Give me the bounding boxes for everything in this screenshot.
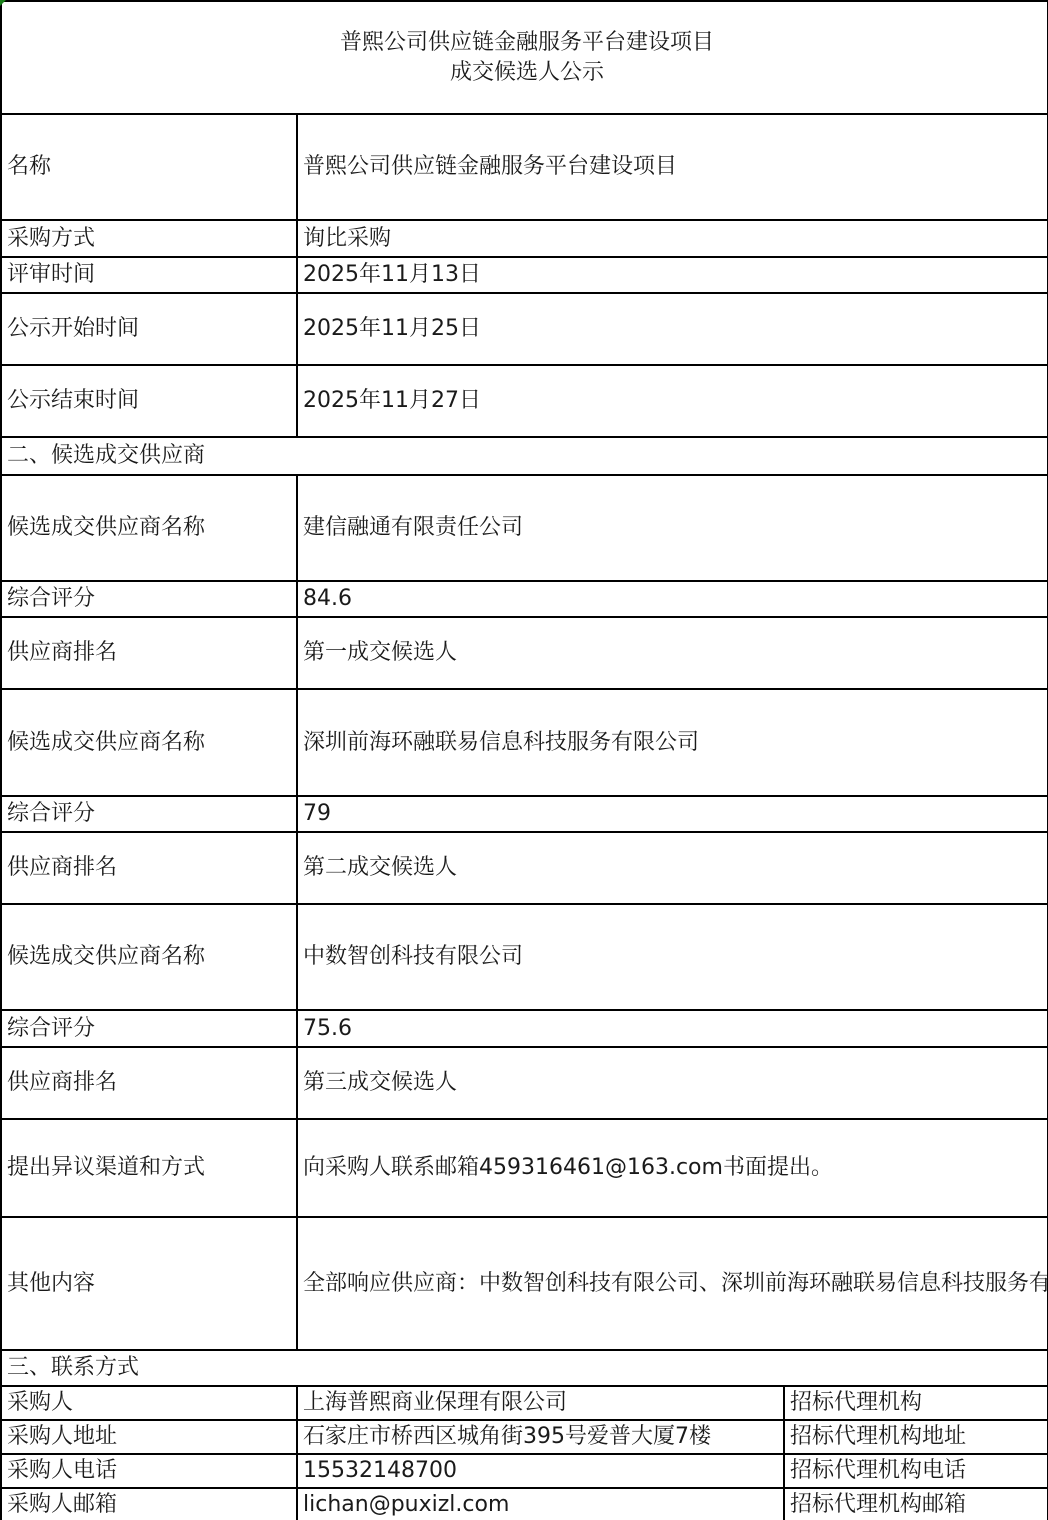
candidate-rank-cell[interactable]: 第一成交候选人	[297, 617, 1048, 689]
label-cell[interactable]: 采购人地址	[1, 1420, 297, 1454]
table-row-review-date: 评审时间 2025年11月13日	[1, 257, 1048, 293]
value-cell[interactable]: 2025年11月25日	[297, 293, 1048, 365]
table-row-purchaser: 采购人 上海普熙商业保理有限公司 招标代理机构	[1, 1386, 1048, 1420]
announcement-sheet: 普熙公司供应链金融服务平台建设项目 成交候选人公示 名称 普熙公司供应链金融服务…	[0, 0, 1048, 1520]
table-row-candidate-name: 候选成交供应商名称 中数智创科技有限公司	[1, 904, 1048, 1010]
table-row-purchaser-phone: 采购人电话 15532148700 招标代理机构电话	[1, 1454, 1048, 1488]
table-row-publicity-end: 公示结束时间 2025年11月27日	[1, 365, 1048, 437]
table-row-candidate-rank: 供应商排名 第二成交候选人	[1, 832, 1048, 904]
label-cell[interactable]: 综合评分	[1, 796, 297, 832]
candidate-score-cell[interactable]: 75.6	[297, 1010, 1048, 1047]
agency-label-cell[interactable]: 招标代理机构电话	[784, 1454, 1048, 1488]
other-content-cell[interactable]: 全部响应供应商：中数智创科技有限公司、深圳前海环融联易信息科技服务有限公司、建信…	[297, 1217, 1048, 1350]
section-heading-contact[interactable]: 三、联系方式	[1, 1350, 1048, 1386]
table-row-objection: 提出异议渠道和方式 向采购人联系邮箱459316461@163.com书面提出。	[1, 1119, 1048, 1217]
label-cell[interactable]: 采购人	[1, 1386, 297, 1420]
value-cell[interactable]: 普熙公司供应链金融服务平台建设项目	[297, 114, 1048, 220]
value-cell[interactable]: 2025年11月27日	[297, 365, 1048, 437]
label-cell[interactable]: 供应商排名	[1, 1047, 297, 1119]
table-row-candidate-rank: 供应商排名 第三成交候选人	[1, 1047, 1048, 1119]
value-cell[interactable]: 石家庄市桥西区城角街395号爱普大厦7楼	[297, 1420, 784, 1454]
table-row-candidate-score: 综合评分 75.6	[1, 1010, 1048, 1047]
candidate-score-cell[interactable]: 84.6	[297, 581, 1048, 617]
label-cell[interactable]: 综合评分	[1, 581, 297, 617]
title-row: 普熙公司供应链金融服务平台建设项目 成交候选人公示	[1, 1, 1048, 114]
label-cell[interactable]: 其他内容	[1, 1217, 297, 1350]
table-row-candidate-name: 候选成交供应商名称 深圳前海环融联易信息科技服务有限公司	[1, 689, 1048, 796]
candidate-score-cell[interactable]: 79	[297, 796, 1048, 832]
announcement-table: 普熙公司供应链金融服务平台建设项目 成交候选人公示 名称 普熙公司供应链金融服务…	[0, 0, 1048, 1520]
table-row-candidate-name: 候选成交供应商名称 建信融通有限责任公司	[1, 475, 1048, 581]
candidate-name-cell[interactable]: 深圳前海环融联易信息科技服务有限公司	[297, 689, 1048, 796]
label-cell[interactable]: 公示开始时间	[1, 293, 297, 365]
label-cell[interactable]: 采购人邮箱	[1, 1488, 297, 1520]
table-row-candidate-score: 综合评分 84.6	[1, 581, 1048, 617]
label-cell[interactable]: 候选成交供应商名称	[1, 689, 297, 796]
table-row-candidate-score: 综合评分 79	[1, 796, 1048, 832]
document-title: 普熙公司供应链金融服务平台建设项目	[7, 28, 1047, 58]
value-cell[interactable]: 15532148700	[297, 1454, 784, 1488]
section-heading-row: 二、候选成交供应商	[1, 437, 1048, 475]
cell-corner-marker-icon	[0, 0, 6, 6]
table-row-candidate-rank: 供应商排名 第一成交候选人	[1, 617, 1048, 689]
table-row-purchaser-address: 采购人地址 石家庄市桥西区城角街395号爱普大厦7楼 招标代理机构地址	[1, 1420, 1048, 1454]
candidate-name-cell[interactable]: 中数智创科技有限公司	[297, 904, 1048, 1010]
value-cell[interactable]: 2025年11月13日	[297, 257, 1048, 293]
label-cell[interactable]: 供应商排名	[1, 832, 297, 904]
agency-label-cell[interactable]: 招标代理机构	[784, 1386, 1048, 1420]
label-cell[interactable]: 公示结束时间	[1, 365, 297, 437]
objection-value-cell[interactable]: 向采购人联系邮箱459316461@163.com书面提出。	[297, 1119, 1048, 1217]
candidate-name-cell[interactable]: 建信融通有限责任公司	[297, 475, 1048, 581]
label-cell[interactable]: 提出异议渠道和方式	[1, 1119, 297, 1217]
table-row-other-content: 其他内容 全部响应供应商：中数智创科技有限公司、深圳前海环融联易信息科技服务有限…	[1, 1217, 1048, 1350]
section-heading-row: 三、联系方式	[1, 1350, 1048, 1386]
value-cell[interactable]: 上海普熙商业保理有限公司	[297, 1386, 784, 1420]
table-row-publicity-start: 公示开始时间 2025年11月25日	[1, 293, 1048, 365]
document-subtitle: 成交候选人公示	[7, 58, 1047, 88]
label-cell[interactable]: 名称	[1, 114, 297, 220]
label-cell[interactable]: 候选成交供应商名称	[1, 475, 297, 581]
label-cell[interactable]: 供应商排名	[1, 617, 297, 689]
agency-label-cell[interactable]: 招标代理机构地址	[784, 1420, 1048, 1454]
table-row-procurement-method: 采购方式 询比采购	[1, 220, 1048, 257]
candidate-rank-cell[interactable]: 第三成交候选人	[297, 1047, 1048, 1119]
candidate-rank-cell[interactable]: 第二成交候选人	[297, 832, 1048, 904]
label-cell[interactable]: 综合评分	[1, 1010, 297, 1047]
table-row-project-name: 名称 普熙公司供应链金融服务平台建设项目	[1, 114, 1048, 220]
value-cell[interactable]: lichan@puxizl.com	[297, 1488, 784, 1520]
label-cell[interactable]: 采购方式	[1, 220, 297, 257]
label-cell[interactable]: 评审时间	[1, 257, 297, 293]
agency-label-cell[interactable]: 招标代理机构邮箱	[784, 1488, 1048, 1520]
table-row-purchaser-email: 采购人邮箱 lichan@puxizl.com 招标代理机构邮箱	[1, 1488, 1048, 1520]
label-cell[interactable]: 候选成交供应商名称	[1, 904, 297, 1010]
value-cell[interactable]: 询比采购	[297, 220, 1048, 257]
label-cell[interactable]: 采购人电话	[1, 1454, 297, 1488]
title-cell[interactable]: 普熙公司供应链金融服务平台建设项目 成交候选人公示	[1, 1, 1048, 114]
section-heading-candidates[interactable]: 二、候选成交供应商	[1, 437, 1048, 475]
